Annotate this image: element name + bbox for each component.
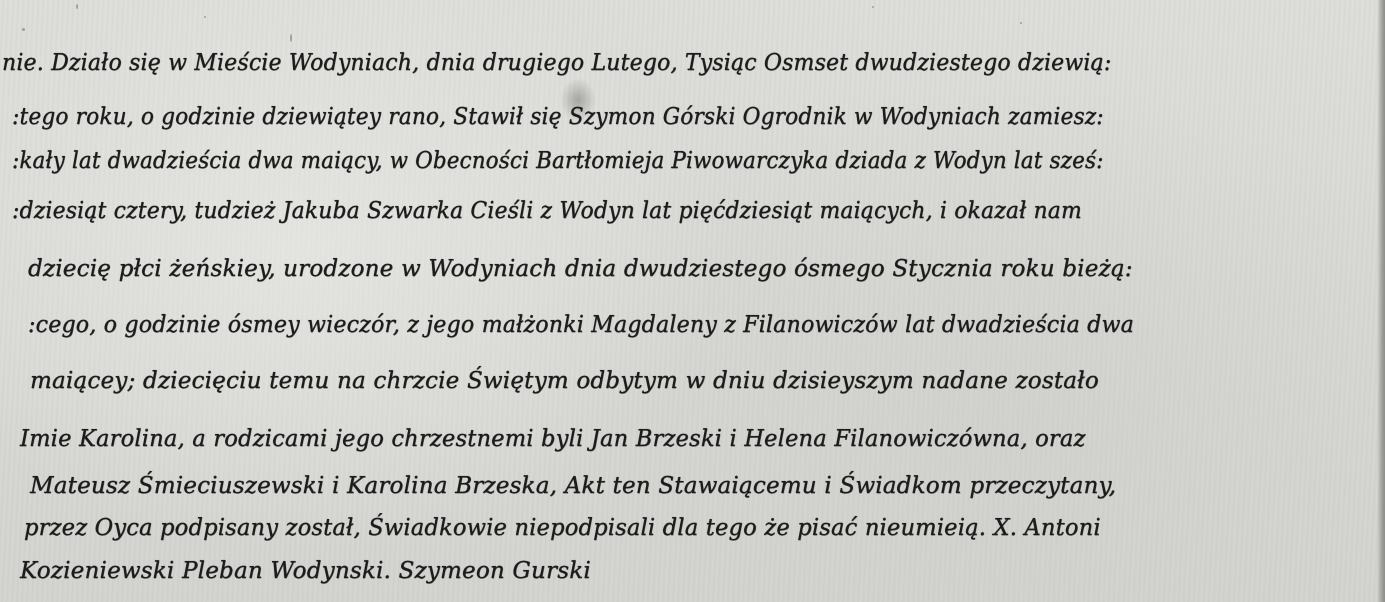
text-line-11: Kozieniewski Pleban Wodynski. Szymeon Gu…: [20, 558, 591, 584]
register-page: nie. Działo się w Mieście Wodyniach, dni…: [0, 0, 1385, 602]
text-line-3: :kały lat dwadzieścia dwa maiący, w Obec…: [12, 148, 1104, 174]
text-line-5: dziecię płci żeńskiey, urodzone w Wodyni…: [28, 256, 1133, 282]
text-line-8: Imie Karolina, a rodzicami jego chrzestn…: [20, 426, 1086, 452]
text-line-2: :tego roku, o godzinie dziewiątey rano, …: [12, 104, 1104, 130]
text-line-1: nie. Działo się w Mieście Wodyniach, dni…: [2, 50, 1111, 76]
page-edge-shadow: [1377, 0, 1385, 602]
text-line-6: :cego, o godzinie ósmey wieczór, z jego …: [28, 312, 1134, 338]
text-line-7: maiącey; dziecięciu temu na chrzcie Świę…: [30, 368, 1099, 394]
text-line-9: Mateusz Śmieciuszewski i Karolina Brzesk…: [30, 473, 1116, 499]
text-line-4: :dziesiąt cztery, tudzież Jakuba Szwarka…: [12, 198, 1082, 224]
handwritten-text: nie. Działo się w Mieście Wodyniach, dni…: [0, 0, 1385, 602]
text-line-10: przez Oyca podpisany został, Świadkowie …: [24, 515, 1101, 541]
